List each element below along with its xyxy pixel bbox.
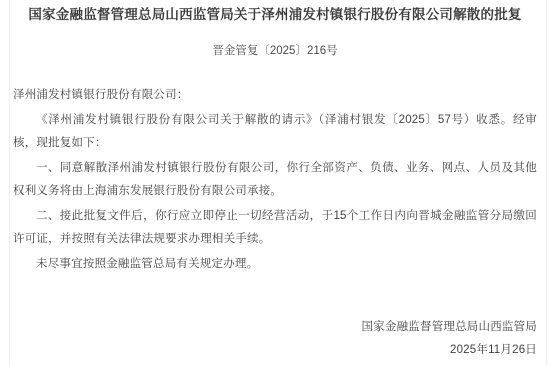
- right-edge-rule: [546, 0, 547, 366]
- signature-block: 国家金融监督管理总局山西监管局 2025年11月26日: [13, 316, 537, 362]
- issue-date: 2025年11月26日: [13, 339, 537, 362]
- body-paragraph: 二、接此批复文件后，你行应立即停止一切经营活动，于15个工作日内向晋城金融监管分…: [13, 205, 537, 251]
- body-paragraph: 未尽事宜按照金融监管总局有关规定办理。: [13, 253, 537, 276]
- document-title: 国家金融监督管理总局山西监管局关于泽州浦发村镇银行股份有限公司解散的批复: [13, 0, 537, 23]
- body-paragraph: 《泽州浦发村镇银行股份有限公司关于解散的请示》（泽浦村银发〔2025〕57号）收…: [13, 109, 537, 155]
- document-body: 泽州浦发村镇银行股份有限公司： 《泽州浦发村镇银行股份有限公司关于解散的请示》（…: [13, 84, 537, 276]
- official-document-page: 国家金融监督管理总局山西监管局关于泽州浦发村镇银行股份有限公司解散的批复 晋金管…: [0, 0, 550, 366]
- issuer-signature: 国家金融监督管理总局山西监管局: [13, 316, 537, 339]
- document-number: 晋金管复〔2025〕216号: [0, 44, 550, 58]
- left-edge-rule: [9, 0, 10, 366]
- body-paragraph: 一、同意解散泽州浦发村镇银行股份有限公司，你行全部资产、负债、业务、网点、人员及…: [13, 157, 537, 203]
- recipient-line: 泽州浦发村镇银行股份有限公司：: [13, 84, 537, 107]
